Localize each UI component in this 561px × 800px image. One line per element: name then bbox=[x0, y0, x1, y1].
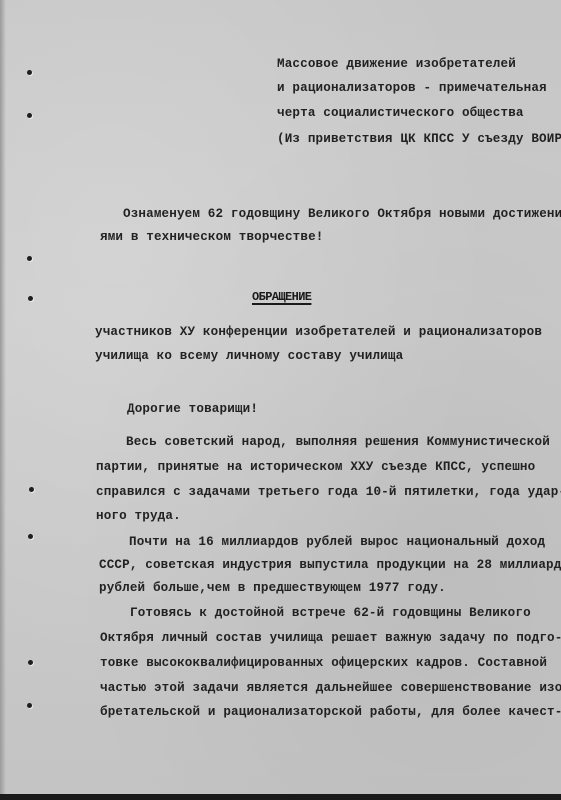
subtitle-line: училища ко всему личному составу училища bbox=[95, 349, 403, 363]
paragraph-line: справился с задачами третьего года 10-й … bbox=[96, 485, 561, 499]
slogan-line: ями в техническом творчестве! bbox=[100, 230, 324, 244]
punch-hole-mark bbox=[28, 534, 33, 539]
epigraph-line: (Из приветствия ЦК КПСС У съезду ВОИР) bbox=[277, 132, 561, 146]
paragraph-line: товке высококвалифицированных офицерских… bbox=[100, 656, 547, 670]
paragraph-line: ного труда. bbox=[96, 509, 181, 523]
paragraph-line: партии, принятые на историческом ХХУ съе… bbox=[96, 460, 535, 474]
punch-hole-mark bbox=[27, 113, 32, 118]
punch-hole-mark bbox=[27, 70, 32, 75]
punch-hole-mark bbox=[28, 296, 33, 301]
punch-hole-mark bbox=[28, 660, 33, 665]
epigraph-line: Массовое движение изобретателей bbox=[277, 57, 516, 71]
paragraph-line: рублей больше,чем в предшествующем 1977 … bbox=[99, 581, 446, 595]
paragraph-line: частью этой задачи является дальнейшее с… bbox=[100, 681, 561, 695]
punch-hole-mark bbox=[27, 256, 32, 261]
punch-hole-mark bbox=[27, 703, 32, 708]
punch-hole-mark bbox=[29, 487, 34, 492]
paragraph-line: Готовясь к достойной встрече 62-й годовщ… bbox=[130, 606, 531, 620]
page-left-shadow bbox=[0, 0, 6, 800]
paragraph-line: бретательской и рационализаторской работ… bbox=[100, 705, 561, 719]
epigraph-line: и рационализаторов - примечательная bbox=[277, 81, 547, 95]
paragraph-line: Весь советский народ, выполняя решения К… bbox=[126, 435, 550, 449]
paragraph-line: Почти на 16 миллиардов рублей вырос наци… bbox=[129, 535, 545, 549]
paragraph-line: Октября личный состав училища решает важ… bbox=[100, 631, 561, 645]
page-bottom-edge bbox=[0, 794, 561, 800]
subtitle-line: участников ХУ конференции изобретателей … bbox=[95, 325, 542, 339]
paragraph-line: СССР, советская индустрия выпустила прод… bbox=[99, 558, 561, 572]
slogan-line: Ознаменуем 62 годовщину Великого Октября… bbox=[123, 207, 561, 221]
scanned-document-page: Массовое движение изобретателей и рацион… bbox=[0, 0, 561, 800]
document-title: ОБРАЩЕНИЕ bbox=[252, 290, 311, 304]
epigraph-line: черта социалистического общества bbox=[277, 106, 524, 120]
salutation: Дорогие товарищи! bbox=[127, 402, 258, 416]
